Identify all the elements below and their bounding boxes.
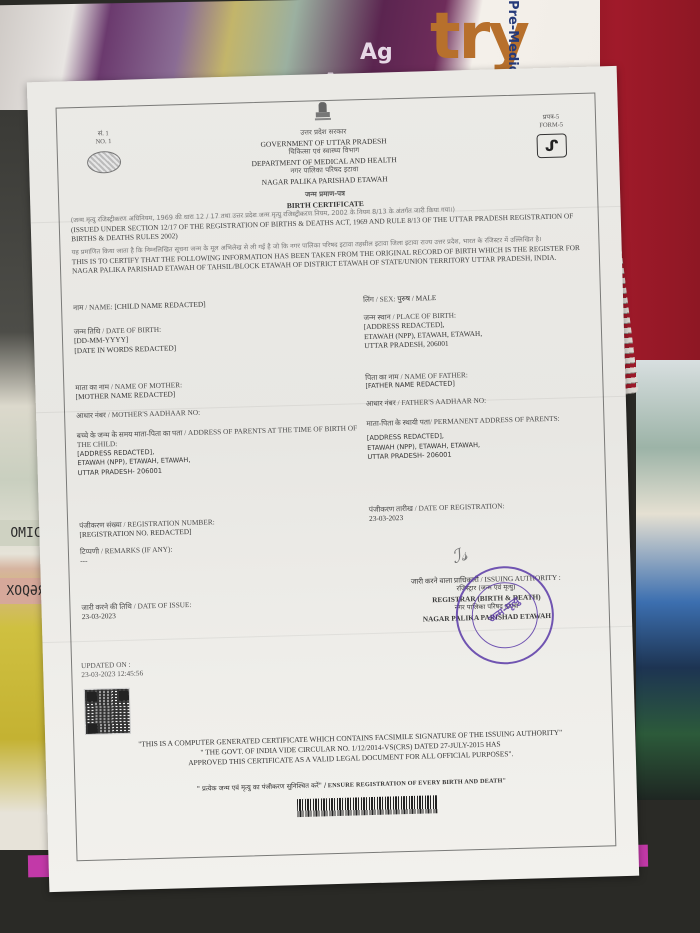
periodic-element-ag: Ag bbox=[360, 40, 393, 65]
permanent-address-field: माता-पिता के स्थायी पता/ PERMANENT ADDRE… bbox=[366, 413, 597, 463]
sex-label: लिंग / SEX: bbox=[363, 294, 396, 304]
registration-number-field: पंजीकरण संख्या / REGISTRATION NUMBER: [R… bbox=[79, 517, 215, 540]
national-emblem-icon bbox=[312, 102, 333, 127]
birth-certificate: सं. 1 NO. 1 उत्तर प्रदेश सरकार GOVERNMEN… bbox=[27, 66, 639, 892]
mother-name-field: माता का नाम / NAME OF MOTHER: [MOTHER NA… bbox=[75, 380, 182, 402]
updated-on: UPDATED ON : 23-03-2023 12:45:56 bbox=[81, 659, 143, 680]
date-of-issue-field: जारी करने की तिथि / DATE OF ISSUE: 23-03… bbox=[81, 600, 191, 622]
crs-logo-icon: ᔑ bbox=[536, 133, 567, 158]
form-number-block: प्रपत्र-5 FORM-5 ᔑ bbox=[536, 113, 567, 158]
name-label: नाम / NAME: bbox=[73, 302, 113, 312]
right-book-stack bbox=[636, 360, 700, 800]
qr-code-icon bbox=[84, 688, 131, 735]
updated-on-value: 23-03-2023 12:45:56 bbox=[81, 669, 143, 680]
father-name-field: पिता का नाम / NAME OF FATHER: [FATHER NA… bbox=[365, 370, 468, 392]
sex-value: पुरुष / MALE bbox=[397, 293, 436, 303]
date-of-registration-field: पंजीकरण तारीख / DATE OF REGISTRATION: 23… bbox=[369, 501, 505, 524]
certificate-header: उत्तर प्रदेश सरकार GOVERNMENT OF UTTAR P… bbox=[28, 94, 621, 217]
address-at-birth-field: बच्चे के जन्म के समय माता-पिता का पता / … bbox=[77, 423, 368, 478]
form-label: FORM-5 bbox=[536, 121, 566, 130]
stamp-text: जन्म-मृत्यु bbox=[485, 593, 522, 625]
place-of-birth-field: जन्म स्थान / PLACE OF BIRTH: [ADDRESS RE… bbox=[363, 310, 482, 351]
dob-field: जन्म तिथि / DATE OF BIRTH: [DD-MM-YYYY] … bbox=[74, 324, 177, 355]
remarks-field: टिप्पणी / REMARKS (IF ANY): --- bbox=[80, 545, 173, 566]
